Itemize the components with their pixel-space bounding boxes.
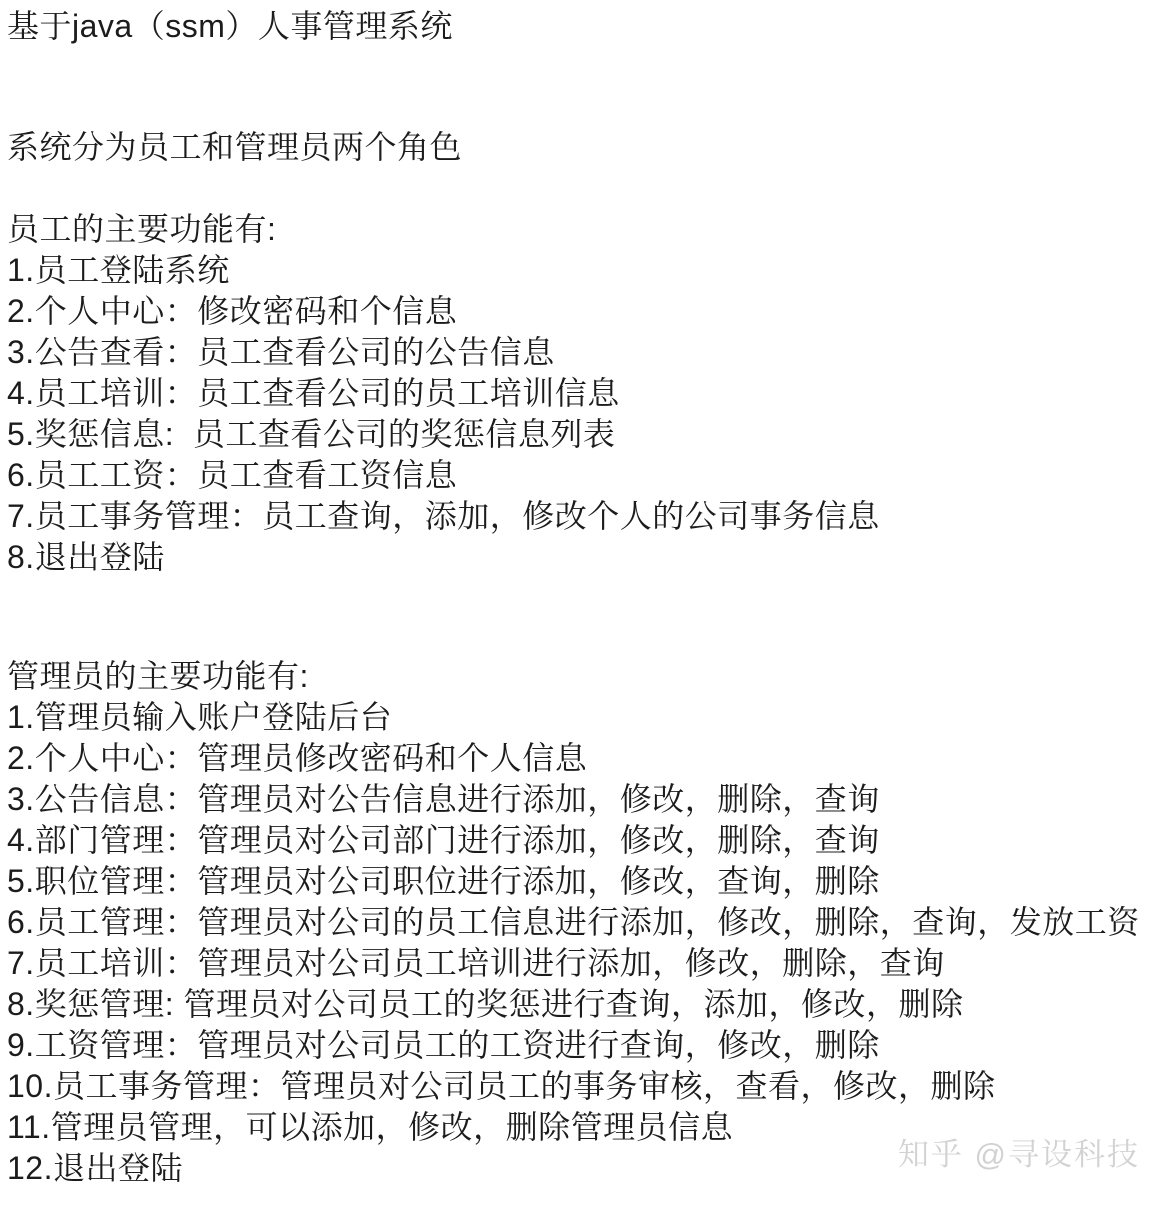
admin-feature-item: 8.奖惩管理: 管理员对公司员工的奖惩进行查询，添加，修改，删除 — [7, 984, 1171, 1025]
employee-feature-item: 6.员工工资：员工查看工资信息 — [7, 455, 1171, 496]
admin-feature-item: 6.员工管理：管理员对公司的员工信息进行添加，修改，删除，查询，发放工资 — [7, 902, 1171, 943]
page-title: 基于java（ssm）人事管理系统 — [7, 6, 1171, 47]
admin-feature-item: 4.部门管理：管理员对公司部门进行添加，修改，删除，查询 — [7, 820, 1171, 861]
admin-section-heading: 管理员的主要功能有: — [7, 656, 1171, 697]
employee-feature-item: 5.奖惩信息: 员工查看公司的奖惩信息列表 — [7, 414, 1171, 455]
employee-feature-item: 4.员工培训：员工查看公司的员工培训信息 — [7, 373, 1171, 414]
admin-feature-item: 5.职位管理：管理员对公司职位进行添加，修改，查询，删除 — [7, 861, 1171, 902]
employee-feature-item: 7.员工事务管理：员工查询，添加，修改个人的公司事务信息 — [7, 496, 1171, 537]
admin-section: 管理员的主要功能有: 1.管理员输入账户登陆后台 2.个人中心：管理员修改密码和… — [7, 656, 1171, 1189]
employee-feature-item: 2.个人中心：修改密码和个信息 — [7, 291, 1171, 332]
document-body: 基于java（ssm）人事管理系统 系统分为员工和管理员两个角色 员工的主要功能… — [0, 0, 1171, 1189]
admin-feature-item: 7.员工培训：管理员对公司员工培训进行添加，修改，删除，查询 — [7, 943, 1171, 984]
employee-feature-item: 1.员工登陆系统 — [7, 250, 1171, 291]
employee-section: 员工的主要功能有: 1.员工登陆系统 2.个人中心：修改密码和个信息 3.公告查… — [7, 209, 1171, 578]
admin-feature-item: 9.工资管理：管理员对公司员工的工资进行查询，修改，删除 — [7, 1025, 1171, 1066]
intro-text: 系统分为员工和管理员两个角色 — [7, 127, 1171, 168]
admin-feature-item: 1.管理员输入账户登陆后台 — [7, 697, 1171, 738]
employee-feature-item: 3.公告查看：员工查看公司的公告信息 — [7, 332, 1171, 373]
admin-feature-item: 2.个人中心：管理员修改密码和个人信息 — [7, 738, 1171, 779]
employee-feature-item: 8.退出登陆 — [7, 537, 1171, 578]
zhihu-watermark: 知乎 @寻设科技 — [898, 1136, 1140, 1174]
admin-feature-item: 3.公告信息：管理员对公告信息进行添加，修改，删除，查询 — [7, 779, 1171, 820]
admin-feature-item: 10.员工事务管理：管理员对公司员工的事务审核，查看，修改，删除 — [7, 1066, 1171, 1107]
employee-section-heading: 员工的主要功能有: — [7, 209, 1171, 250]
